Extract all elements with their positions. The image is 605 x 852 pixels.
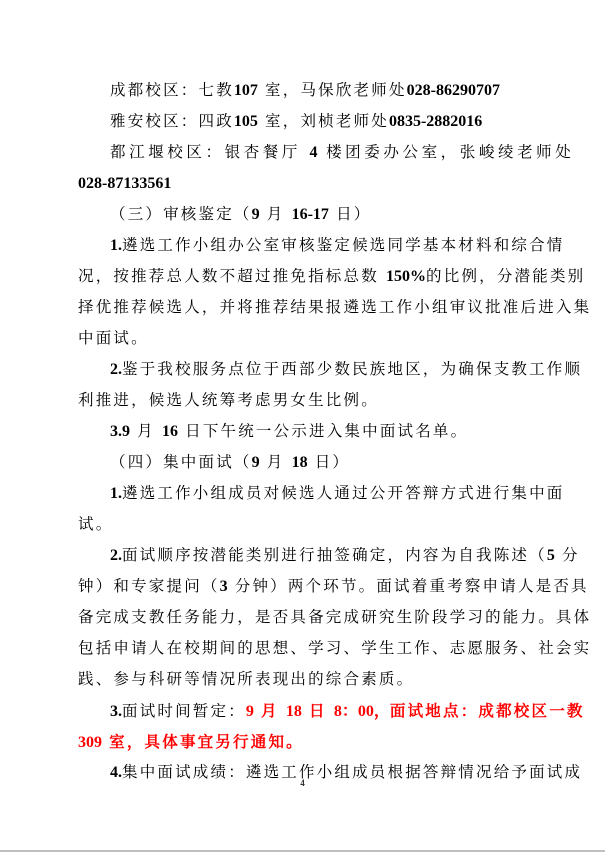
section4-item2-cont: 包括申请人在校期间的思想、学习、学生工作、志愿服务、社会实 [78,633,524,664]
section4-item1: 1.遴选工作小组成员对候选人通过公开答辩方式进行集中面 [78,478,524,509]
item-number: 3. [110,703,122,720]
paragraph-text: 月 [137,422,155,440]
heading-days: 16-17 [292,206,329,223]
interview-month: 9 [246,703,254,720]
interview-day: 18 [286,703,302,720]
contact-dujiangyan-phone: 028-87133561 [78,168,524,199]
section3-item1-cont: 中面试。 [78,323,524,354]
interview-room: 309 [78,734,102,751]
heading-text: 日） [315,453,350,471]
room-number: 105 [234,113,258,130]
section4-item2-cont: 备完成支教任务能力，是否具备完成研究生阶段学习的能力。具体 [78,602,524,633]
interview-note: 室，具体事宜另行通知。 [109,732,304,751]
section4-heading: （四）集中面试（9 月 18 日） [78,447,524,478]
paragraph-text: 面试顺序按潜能类别进行抽签确定，内容为自我陈述（ [122,546,547,564]
section3-item3: 3.9 月 16 日下午统一公示进入集中面试名单。 [78,416,524,447]
paragraph-text: 的比例，分潜能类别 [426,267,585,285]
heading-text: （四）集中面试（ [110,453,252,471]
heading-month: 9 [252,206,260,223]
paragraph-text: 分钟）两个环节。面试着重考察申请人是否具 [235,577,589,595]
contact-person: 楼团委办公室，张峻绫老师处 [326,143,574,161]
section3-heading: （三）审核鉴定（9 月 16-17 日） [78,199,524,230]
room-number: 107 [234,82,258,99]
contact-person: 室，马保欣老师处 [265,81,407,99]
section4-item2: 2.面试顺序按潜能类别进行抽签确定，内容为自我陈述（5 分 [78,540,524,571]
paragraph-text: 遴选工作小组成员对候选人通过公开答辩方式进行集中面 [122,484,565,502]
heading-day: 18 [292,454,308,471]
heading-text: （三）审核鉴定（ [110,205,252,223]
paragraph-text: 备完成支教任务能力，是否具备完成研究生阶段学习的能力。具体 [78,608,591,626]
item-number: 2. [110,361,122,378]
minutes-number: 5 [547,547,555,564]
section3-item1-cont: 择优推荐候选人，并将推荐结果报遴选工作小组审议批准后进入集 [78,292,524,323]
paragraph-text: 面试时间暂定： [122,702,246,720]
paragraph-text: 利推进，候选人统筹考虑男女生比例。 [78,391,379,409]
document-body: 成都校区：七教107 室，马保欣老师处028-86290707 雅安校区：四政1… [78,75,524,788]
paragraph-text: 鉴于我校服务点位于西部少数民族地区，为确保支教工作顺 [122,360,582,378]
minutes-number: 3 [220,578,228,595]
interview-date-text: 日 [309,701,327,720]
item-number: 1. [110,485,122,502]
paragraph-text: 遴选工作小组办公室审核鉴定候选同学基本材料和综合情 [122,236,565,254]
heading-month: 9 [252,454,260,471]
campus-label: 成都校区：七教 [110,81,234,99]
section4-item2-cont: 钟）和专家提问（3 分钟）两个环节。面试着重考察申请人是否具 [78,571,524,602]
contact-yaan: 雅安校区：四政105 室，刘桢老师处0835-2882016 [78,106,524,137]
campus-label: 雅安校区：四政 [110,112,234,130]
interview-location: 面试地点：成都校区一教 [390,701,585,720]
section3-item1-cont: 况，按推荐总人数不超过推免指标总数 150%的比例，分潜能类别 [78,261,524,292]
section3-item2: 2.鉴于我校服务点位于西部少数民族地区，为确保支教工作顺 [78,354,524,385]
day-number: 16 [162,423,178,440]
campus-label: 都江堰校区：银杏餐厅 [110,143,301,161]
page-number: 4 [0,778,605,788]
section4-item3: 3.面试时间暂定：9 月 18 日 8：00，面试地点：成都校区一教 [78,695,524,726]
item-number: 2. [110,547,122,564]
paragraph-text: 择优推荐候选人，并将推荐结果报遴选工作小组审议批准后进入集 [78,298,591,316]
paragraph-text: 况，按推荐总人数不超过推免指标总数 [78,267,379,285]
item-number: 3.9 [110,423,130,440]
room-number: 4 [310,144,318,161]
paragraph-text: 钟）和专家提问（ [78,577,220,595]
document-page: 成都校区：七教107 室，马保欣老师处028-86290707 雅安校区：四政1… [0,0,605,852]
interview-date-text: 月 [261,701,279,720]
paragraph-text: 中面试。 [78,329,149,347]
phone-number: 0835-2882016 [389,113,482,130]
section4-item2-cont: 践、参与科研等情况所表现出的综合素质。 [78,664,524,695]
paragraph-text: 践、参与科研等情况所表现出的综合素质。 [78,670,414,688]
item-number: 1. [110,237,122,254]
contact-dujiangyan: 都江堰校区：银杏餐厅 4 楼团委办公室，张峻绫老师处 [78,137,524,168]
heading-text: 日） [336,205,371,223]
interview-time: 8：00， [334,703,390,720]
percentage: 150% [386,268,426,285]
section3-item1: 1.遴选工作小组办公室审核鉴定候选同学基本材料和综合情 [78,230,524,261]
paragraph-text: 日下午统一公示进入集中面试名单。 [185,422,468,440]
section4-item1-cont: 试。 [78,509,524,540]
section3-item2-cont: 利推进，候选人统筹考虑男女生比例。 [78,385,524,416]
paragraph-text: 包括申请人在校期间的思想、学习、学生工作、志愿服务、社会实 [78,639,591,657]
contact-chengdu: 成都校区：七教107 室，马保欣老师处028-86290707 [78,75,524,106]
paragraph-text: 分 [562,546,580,564]
heading-text: 月 [267,453,285,471]
phone-number: 028-86290707 [407,82,500,99]
paragraph-text: 试。 [78,515,113,533]
phone-number: 028-87133561 [78,175,171,192]
section4-item3-cont: 309 室，具体事宜另行通知。 [78,726,524,757]
heading-text: 月 [267,205,285,223]
contact-person: 室，刘桢老师处 [265,112,389,130]
